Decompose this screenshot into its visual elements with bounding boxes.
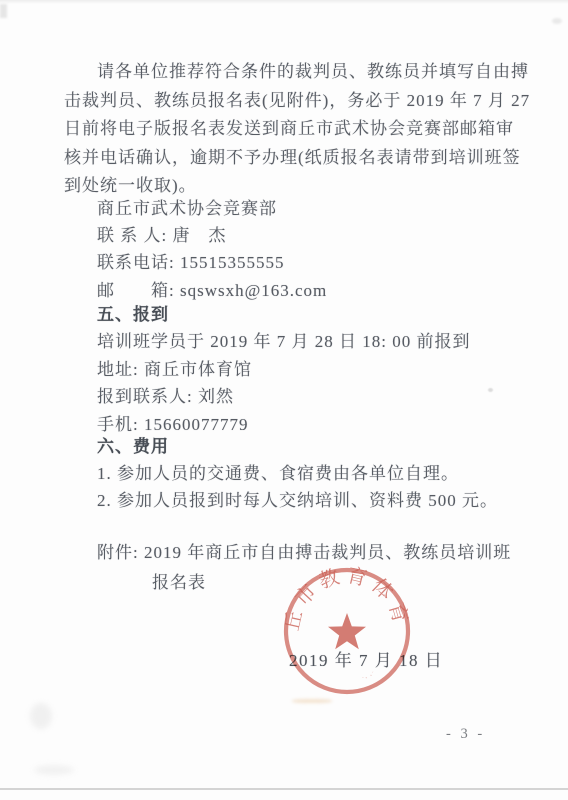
page-number: - 3 - <box>446 726 485 743</box>
section-heading: 六、费用 <box>64 433 530 460</box>
scan-smudge <box>30 703 52 729</box>
checkin-time: 培训班学员于 2019 年 7 月 28 日 18: 00 前报到 <box>64 328 530 355</box>
checkin-address: 地址: 商丘市体育馆 <box>64 356 530 383</box>
scan-speck <box>552 18 562 24</box>
scan-artifact-top-band <box>0 0 568 4</box>
section-heading: 五、报到 <box>64 301 530 328</box>
contact-phone: 联系电话: 15515355555 <box>64 249 530 276</box>
scan-speck <box>0 4 7 18</box>
fee-item: 2. 参加人员报到时每人交纳培训、资料费 500 元。 <box>64 487 530 514</box>
section-fee: 六、费用 1. 参加人员的交通费、食宿费由各单位自理。 2. 参加人员报到时每人… <box>64 433 530 514</box>
paragraph-line: 击裁判员、教练员报名表(见附件)，务必于 2019 年 7 月 27 <box>64 87 530 116</box>
paragraph-line: 核并电话确认，逾期不予办理(纸质报名表请带到培训班签 <box>64 144 530 173</box>
fee-item: 1. 参加人员的交通费、食宿费由各单位自理。 <box>64 460 530 487</box>
contact-org: 商丘市武术协会竞赛部 <box>64 195 530 222</box>
contact-block: 商丘市武术协会竞赛部 联 系 人: 唐 杰 联系电话: 15515355555 … <box>64 195 530 304</box>
intro-paragraph: 请各单位推荐符合条件的裁判员、教练员并填写自由搏 击裁判员、教练员报名表(见附件… <box>64 58 530 201</box>
section-checkin: 五、报到 培训班学员于 2019 年 7 月 28 日 18: 00 前报到 地… <box>64 301 530 438</box>
official-seal: 丘市教育体育 `･ ･´ <box>272 556 422 706</box>
scanned-document-page: 请各单位推荐符合条件的裁判员、教练员并填写自由搏 击裁判员、教练员报名表(见附件… <box>0 0 568 800</box>
contact-person: 联 系 人: 唐 杰 <box>64 222 530 249</box>
seal-serial-mark: `･ ･´ <box>361 670 377 683</box>
checkin-contact: 报到联系人: 刘然 <box>64 383 530 410</box>
paragraph-line: 日前将电子版报名表发送到商丘市武术协会竞赛部邮箱审 <box>64 115 530 144</box>
red-star-icon <box>328 613 366 649</box>
scan-artifact-bottom-line <box>0 788 568 790</box>
scan-smudge <box>34 765 74 775</box>
paragraph-line: 请各单位推荐符合条件的裁判员、教练员并填写自由搏 <box>64 58 530 87</box>
contact-email: 邮 箱: sqswsxh@163.com <box>64 277 530 304</box>
